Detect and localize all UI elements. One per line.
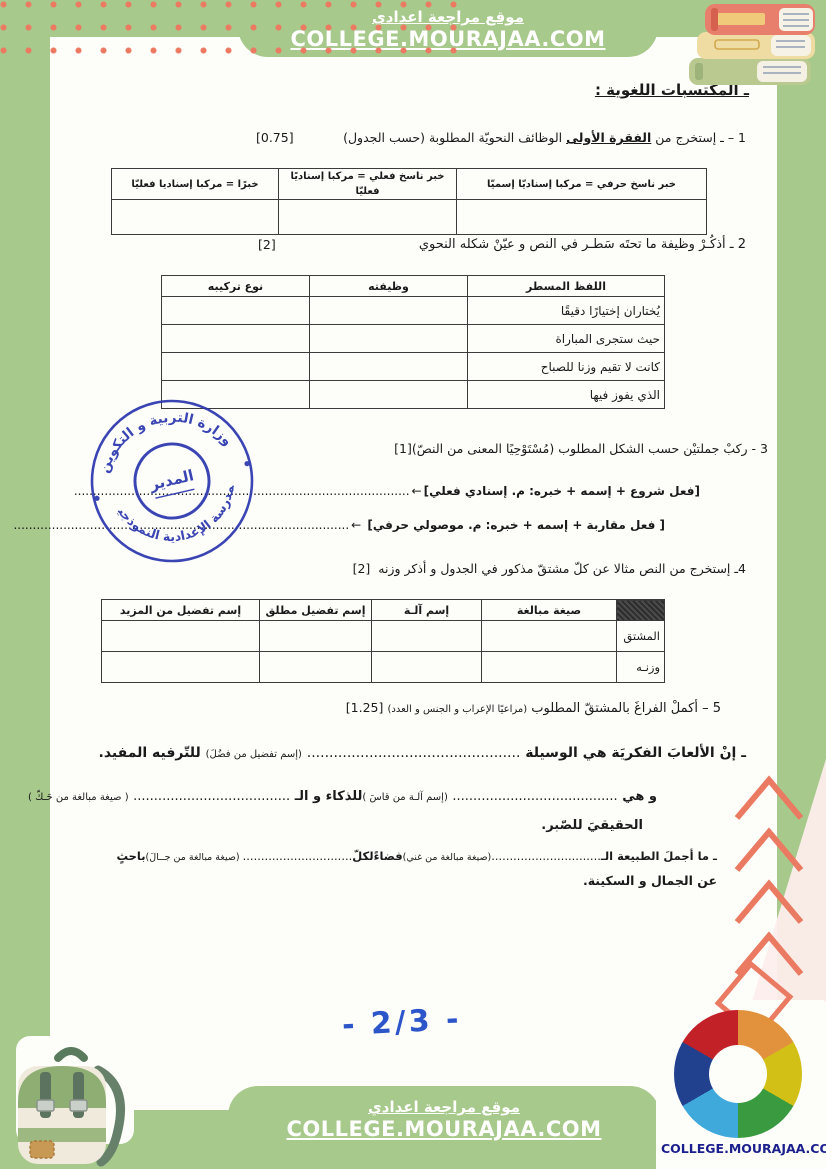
empty-cell	[310, 325, 468, 353]
top-site-banner: موقع مراجعة اعدادي COLLEGE.MOURAJAA.COM	[238, 0, 658, 57]
backpack-illustration	[0, 1040, 140, 1169]
svg-text:المدرسة الإعدادية النموذجية: المدرسة الإعدادية النموذجية	[69, 378, 247, 563]
q5a-hint: (إسم تفضيل من فضُلَ)	[206, 749, 302, 760]
question-2: 2 ـ أذكُـرْ وظيفة ما تحتَه سَطـر في النص…	[419, 237, 746, 252]
table3-row-label-mushtaq: المشتق	[617, 621, 665, 652]
q3-text: 3 - ركبْ جملتيْن حسب الشكل المطلوب (مُسْ…	[412, 441, 768, 456]
handwritten-page-number: - 2/3 -	[341, 1002, 462, 1043]
q5b-start: و هي	[618, 789, 657, 804]
q1-text-start: 1 – ـ إستخرج من	[651, 130, 746, 145]
exam-paper-sheet: ـ المكتسبات اللغوية : 1 – ـ إستخرج من ال…	[50, 37, 777, 1110]
books-stack-illustration	[681, 0, 826, 90]
svg-text:وزارة التربية و التكوين: وزارة التربية و التكوين	[87, 396, 238, 478]
q5-text: 5 – أكملْ الفراغَ بالمشتقّ المطلوب	[527, 701, 721, 716]
table1-header-fieli: خبر ناسخ فعلي = مركبا إسناديًا فعليّا	[279, 169, 457, 200]
table1-header-khabar: خبرًا = مركبا إسناديا فعليّا	[112, 169, 279, 200]
empty-cell	[482, 621, 617, 652]
table2-header-row: اللفظ المسطر وظيفته نوع تركيبه	[162, 276, 665, 297]
table2-header-function: وظيفته	[310, 276, 468, 297]
table2-word-1: يُختاران إختيارًا دقيقًا	[468, 297, 665, 325]
q3-pattern-1: [فعل شروع + إسمه + خبره: م. إسنادي فعلي]	[424, 484, 700, 498]
empty-cell	[260, 621, 372, 652]
table3-header-tafdil-mazid: إسم تفضيل من المزيد	[102, 600, 260, 621]
table1-header-harfi: خبر ناسخ حرفي = مركبا إسناديّا إسميّا	[457, 169, 707, 200]
chevron-up-icon	[737, 832, 801, 870]
bottom-site-banner: موقع مراجعة اعدادي COLLEGE.MOURAJAA.COM	[228, 1086, 660, 1169]
table-row: كانت لا تقيم وزنا للصباح	[162, 353, 665, 381]
table2-word-2: حيث ستجرى المباراة	[468, 325, 665, 353]
chevron-up-icon	[737, 884, 801, 922]
green-book	[689, 58, 811, 85]
dotted-blank: ........................................	[452, 789, 617, 804]
table-row: المشتق	[102, 621, 665, 652]
site-url-link: COLLEGE.MOURAJAA.COM	[228, 1117, 660, 1142]
site-name-arabic: موقع مراجعة اعدادي	[238, 8, 658, 27]
table3-header-aala: إسم آلـة	[372, 600, 482, 621]
q5c-end: باحثٍ	[116, 849, 145, 863]
logo-site-url: COLLEGE.MOURAJAA.COM	[661, 1141, 821, 1156]
empty-cell	[372, 652, 482, 683]
table3-corner-cell	[617, 600, 665, 621]
q3-score-badge: [1]	[394, 441, 412, 456]
q4-text: 4ـ إستخرج من النص مثالا عن كلّ مشتقّ مذك…	[378, 561, 746, 576]
stamp-center-text: المدير	[147, 466, 195, 494]
empty-cell	[310, 381, 468, 409]
q5b-hint-1: (إسم آلـة من قاسَ )	[362, 792, 447, 803]
q5b-hint-2: ( صيغة مبالغة من حَـكّ )	[28, 792, 129, 803]
q5-sentence-b: و هي ...................................…	[28, 789, 657, 804]
q5a-start: ـ إنْ الألعابَ الفكريَة هي الوسيلة	[520, 745, 746, 761]
table3-row-label-wazn: وزنـه	[617, 652, 665, 683]
table3-header-tafdil-mutlaq: إسم تفضيل مطلق	[260, 600, 372, 621]
question-4: 4ـ إستخرج من النص مثالا عن كلّ مشتقّ مذك…	[353, 561, 746, 576]
empty-cell	[162, 297, 310, 325]
site-name-arabic: موقع مراجعة اعدادي	[228, 1098, 660, 1117]
table1-answer-row	[112, 200, 707, 235]
q5c-start: ـ ما أجملَ الطبيعة الـ	[601, 849, 717, 863]
table-row: يُختاران إختيارًا دقيقًا	[162, 297, 665, 325]
table-row: وزنـه	[102, 652, 665, 683]
q1-text-end: الوظائف النحويّة المطلوبة (حسب الجدول)	[343, 130, 566, 145]
q5c-hint-1: (صيغة مبالغة من غني)	[403, 852, 492, 863]
dotted-blank: ......................................	[133, 789, 290, 804]
table2-word-3: كانت لا تقيم وزنا للصباح	[468, 353, 665, 381]
q1-score-badge: [0.75]	[256, 130, 294, 145]
school-subjects-ring-logo	[674, 1010, 802, 1138]
q5-sentence-a: ـ إنْ الألعابَ الفكريَة هي الوسيلة .....…	[99, 745, 747, 761]
empty-cell	[112, 200, 279, 235]
empty-cell	[162, 353, 310, 381]
dotted-blank: ..............................	[243, 849, 353, 863]
question-1: 1 – ـ إستخرج من الفقرة الأولى الوظائف ال…	[343, 130, 746, 145]
q1-underlined-phrase: الفقرة الأولى	[566, 130, 651, 145]
grammar-functions-table: خبر ناسخ حرفي = مركبا إسناديّا إسميّا خب…	[111, 168, 707, 235]
table2-word-4: الذي يفوز فيها	[468, 381, 665, 409]
stamp-top-arc-text: وزارة التربية و التكوين	[87, 396, 238, 478]
empty-cell	[279, 200, 457, 235]
q2-score-badge: [2]	[258, 237, 276, 252]
table3-header-row: صيغة مبالغة إسم آلـة إسم تفضيل مطلق إسم …	[102, 600, 665, 621]
yellow-book	[697, 32, 815, 59]
q5c-hint-2: (صيغة مبالغة من جــالَ)	[146, 852, 243, 863]
empty-cell	[372, 621, 482, 652]
empty-cell	[482, 652, 617, 683]
dotted-blank: ........................................…	[307, 745, 521, 761]
q5c-middle: فضاءًلكلّ	[352, 849, 402, 863]
table3-header-mubalagha: صيغة مبالغة	[482, 600, 617, 621]
empty-cell	[102, 652, 260, 683]
stamp-bottom-arc-text: المدرسة الإعدادية النموذجية	[69, 378, 247, 563]
q5-score-badge: [1.25]	[346, 700, 384, 715]
empty-cell	[310, 353, 468, 381]
q5b-middle: للذكاء و الـ	[290, 789, 362, 804]
empty-cell	[457, 200, 707, 235]
table2-header-word: اللفظ المسطر	[468, 276, 665, 297]
q5-sentence-c-continuation: عن الجمال و السكينة.	[583, 873, 717, 888]
chevron-up-icon	[737, 780, 801, 818]
derivatives-table: صيغة مبالغة إسم آلـة إسم تفضيل مطلق إسم …	[101, 599, 665, 683]
site-url-link: COLLEGE.MOURAJAA.COM	[238, 27, 658, 52]
q3-pattern-2: [ فعل مقاربة + إسمه + خبره: م. موصولي حر…	[363, 518, 665, 532]
q5-sentence-b-continuation: الحقيقيَ للصّبر.	[541, 818, 643, 833]
table2-header-structure: نوع تركيبه	[162, 276, 310, 297]
q5a-end: للتّرفيه المفيد.	[99, 745, 206, 761]
table-row: حيث ستجرى المباراة	[162, 325, 665, 353]
question-3: 3 - ركبْ جملتيْن حسب الشكل المطلوب (مُسْ…	[394, 441, 768, 456]
q5-note: (مراعيًا الإعراب و الجنس و العدد)	[388, 704, 528, 715]
left-arrow-icon: ←	[349, 518, 363, 532]
empty-cell	[162, 325, 310, 353]
question-5: 5 – أكملْ الفراغَ بالمشتقّ المطلوب (مراع…	[346, 700, 721, 716]
q4-score-badge: [2]	[353, 561, 371, 576]
q5-sentence-c: ـ ما أجملَ الطبيعة الـ..................…	[116, 849, 717, 863]
table1-header-row: خبر ناسخ حرفي = مركبا إسناديّا إسميّا خب…	[112, 169, 707, 200]
red-book	[705, 4, 815, 35]
chevrons-decoration	[727, 766, 812, 981]
left-arrow-icon: ←	[410, 484, 424, 498]
empty-cell	[102, 621, 260, 652]
dotted-blank: ..............................	[491, 849, 601, 863]
empty-cell	[310, 297, 468, 325]
empty-cell	[260, 652, 372, 683]
